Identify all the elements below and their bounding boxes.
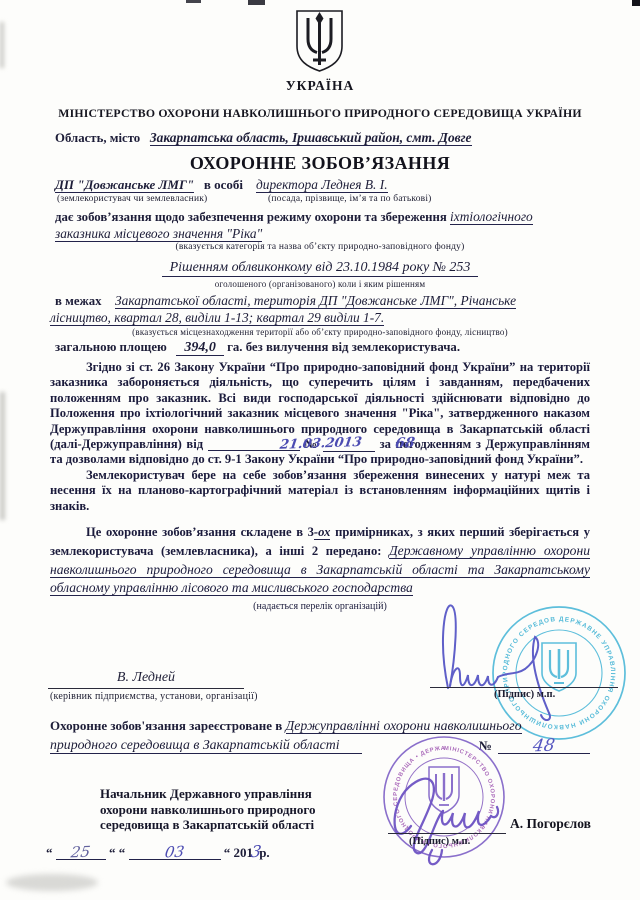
obligation-lead-line: дає зобов’язання щодо забезпечення режим… — [55, 209, 533, 225]
registered-lead: Охоронне зобов'язання зареєстроване в — [50, 718, 286, 733]
paragraph-law: Згідно зі ст. 26 Закону України “Про при… — [50, 360, 590, 468]
object-category: іхтіологічного — [450, 209, 533, 225]
order-date-field: 21.03.2013 — [208, 439, 300, 451]
decision-text: Рішенням облвиконкому від 23.10.1984 рок… — [162, 260, 479, 277]
landuser-name: ДП "Довжанське ЛМГ" — [55, 177, 194, 193]
signature-line-right — [430, 687, 618, 688]
country-title: УКРАЇНА — [0, 78, 640, 94]
signature-line-left — [48, 688, 244, 689]
within-value-1: Закарпатської області, територія ДП "Дов… — [115, 293, 516, 309]
registered-line2: природного середовища в Закарпатській об… — [50, 737, 590, 754]
area-line: загальною площею 394,0 га. без вилучення… — [55, 340, 460, 356]
landuser-signature-caption: (керівник підприємства, установи, органі… — [50, 691, 258, 702]
ministry-title: МІНІСТЕРСТВО ОХОРОНИ НАВКОЛИШНЬОГО ПРИРО… — [0, 106, 640, 121]
area-tail: га. без вилучення від землекористувача. — [227, 340, 460, 354]
year-prefix: “ 201 — [224, 845, 253, 860]
order-no-handwritten: 68 — [358, 438, 415, 452]
decision-caption: оголошеного (організованого) коли і яким… — [0, 279, 640, 289]
approver-title-1: Начальник Державного управління — [100, 786, 315, 802]
order-date-handwritten: 21.03.2013 — [243, 437, 363, 452]
paragraph-copies: Це охоронне зобов’язання складене в 3-ох… — [50, 524, 590, 598]
scan-artifact — [0, 392, 5, 520]
decision-line: Рішенням облвиконкому від 23.10.1984 рок… — [0, 260, 640, 276]
registered-line1: Охоронне зобов'язання зареєстроване в Де… — [50, 718, 590, 734]
month-handwritten: 03 — [164, 846, 185, 859]
signature-line-bottom — [388, 833, 506, 834]
scan-artifact — [186, 0, 201, 3]
approver-name: А. Погорєлов — [510, 816, 591, 832]
person-name: директора Леднея В. І. — [256, 177, 388, 193]
registered-no-field: 48 — [498, 739, 590, 754]
within-caption: (вказується місцезнаходження території а… — [0, 327, 640, 337]
within-line2: лісництво, квартал 28, виділи 1-13; квар… — [50, 310, 384, 326]
signature-ink-blue — [436, 596, 586, 721]
day-handwritten: 25 — [70, 846, 91, 859]
landuser-caption: (землекористувач чи землевласник) — [57, 194, 207, 204]
registered-no-handwritten: 48 — [532, 738, 556, 753]
body-paragraphs: Згідно зі ст. 26 Закону України “Про при… — [50, 360, 590, 615]
approver-title-3: середовища в Закарпатській області — [100, 817, 315, 833]
para3-text: Це охоронне зобов’язання складене в 3 — [86, 525, 314, 539]
podpis-caption-2: (Підпис) м.п. — [409, 836, 470, 847]
ukraine-coat-of-arms — [292, 8, 347, 74]
paragraph-landuser-duty: Землекористувач бере на себе зобов’язанн… — [50, 468, 590, 514]
region-value: Закарпатська область, Іршавський район, … — [150, 130, 472, 146]
document-title: ОХОРОННЕ ЗОБОВ’ЯЗАННЯ — [0, 153, 640, 174]
registered-org-2: природного середовища в Закарпатській об… — [50, 737, 362, 754]
quote-mid: “ “ — [109, 845, 125, 860]
obligation-lead: дає зобов’язання щодо забезпечення режим… — [55, 210, 450, 224]
trident-shield-icon — [292, 8, 347, 74]
area-label: загальною площею — [55, 340, 167, 354]
scan-artifact — [632, 0, 640, 6]
landuser-signature-name: В. Ледней — [48, 670, 244, 686]
month-field: 03 — [129, 846, 221, 860]
within-line1: в межах Закарпатської області, територія… — [55, 293, 516, 309]
region-line: Область, місто Закарпатська область, Ірш… — [55, 130, 472, 146]
within-label: в межах — [55, 294, 102, 308]
within-value-2: лісництво, квартал 28, виділи 1-13; квар… — [50, 310, 384, 326]
object-name-line: заказника місцевого значення "Ріка" — [55, 226, 262, 242]
day-field: 25 — [56, 846, 106, 860]
scanned-document: УКРАЇНА МІНІСТЕРСТВО ОХОРОНИ НАВКОЛИШНЬО… — [0, 0, 640, 900]
approver-title-block: Начальник Державного управління охорони … — [100, 786, 315, 833]
scan-artifact — [0, 22, 4, 68]
party-connector: в особі — [204, 177, 243, 192]
quote-open: “ — [46, 845, 53, 860]
registered-org-1: Держуправлінні охорони навколишнього — [286, 718, 522, 734]
podpis-caption-1: (Підпис) м.п. — [494, 689, 555, 700]
approver-title-2: охорони навколишнього природного — [100, 802, 315, 818]
date-line: “ 25 “ “ 03 “ 2013р. — [46, 842, 270, 861]
person-caption: (посада, прізвище, ім’я та по батькові) — [268, 194, 432, 204]
scan-artifact — [248, 0, 265, 5]
object-caption: (вказується категорія та назва об’єкту п… — [0, 242, 640, 252]
registered-section: Охоронне зобов'язання зареєстроване в Де… — [50, 718, 590, 754]
para3-suffix: -ох — [314, 525, 331, 540]
scan-artifact — [6, 874, 98, 891]
object-name: заказника місцевого значення "Ріка" — [55, 226, 262, 242]
signature-ink-purple — [383, 758, 518, 868]
area-value: 394,0 — [176, 340, 224, 356]
region-label: Область, місто — [55, 131, 140, 145]
party-line: ДП "Довжанське ЛМГ" в особі директора Ле… — [55, 177, 388, 193]
